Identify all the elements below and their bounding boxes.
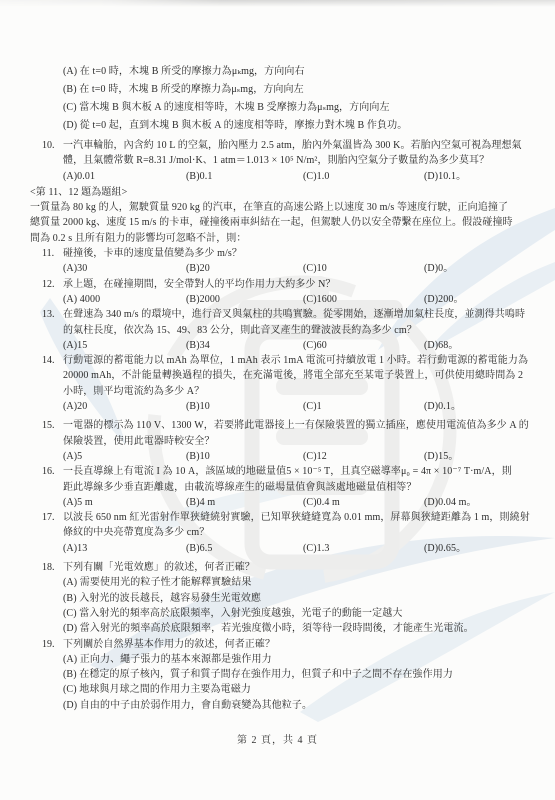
question-17-options: (A)13 (B)6.5 (C)1.3 (D)0.65。	[63, 541, 555, 556]
question-16-options: (A)5 m (B)4 m (C)0.4 m (D)0.04 m。	[63, 495, 555, 510]
option-d: (D)0.65。	[424, 541, 555, 556]
option-a: (A) 4000	[63, 292, 186, 307]
option-b: (B)20	[186, 261, 303, 276]
intro-line: 一質量為 80 kg 的人，駕駛質量 920 kg 的汽車，在筆直的高速公路上以…	[30, 200, 555, 215]
option-b: (B)4 m	[186, 495, 303, 510]
question-line: 體，且氣體常數 R=8.31 J/mol·K、1 atm＝1.013 × 10⁵…	[63, 153, 555, 168]
question-13: 13. 在聲速為 340 m/s 的環境中，進行音叉與氣柱的共鳴實驗。從零開始，…	[0, 307, 555, 353]
question-9-option-a: (A) 在 t=0 時，木塊 B 所受的摩擦力為μₖmg，方向向右	[63, 63, 555, 81]
intro-line: 總質量 2000 kg、速度 15 m/s 的卡車，碰撞後兩車糾結在一起，但駕駛…	[30, 215, 555, 230]
option-b: (B)10	[186, 449, 303, 464]
question-line: 承上題，在碰撞期間，安全帶對人的平均作用力大約多少 N？	[63, 277, 555, 292]
option-b: (B)6.5	[186, 541, 303, 556]
question-number: 12.	[42, 277, 55, 292]
question-9-option-b: (B) 在 t=0 時，木塊 B 所受的摩擦力為μₛmg，方向向左	[63, 81, 555, 99]
option-b: (B)0.1	[186, 169, 303, 184]
option-a: (A)15	[63, 338, 186, 353]
question-number: 18.	[42, 560, 55, 575]
question-number: 10.	[42, 138, 55, 153]
question-line: 條紋的中央亮帶寬度為多少 cm？	[63, 525, 555, 540]
question-line: 以波長 650 nm 紅光雷射作單狹縫繞射實驗，已知單狹縫縫寬為 0.01 mm…	[63, 510, 555, 525]
question-number: 19.	[42, 637, 55, 652]
question-10: 10. 一汽車輪胎，內含約 10 L 的空氣，胎內壓力 2.5 atm，胎內外氣…	[0, 138, 555, 184]
option-a: (A)30	[63, 261, 186, 276]
question-12: 12. 承上題，在碰撞期間，安全帶對人的平均作用力大約多少 N？ (A) 400…	[0, 277, 555, 308]
question-13-options: (A)15 (B)34 (C)60 (D)68。	[63, 338, 555, 353]
question-line: 在聲速為 340 m/s 的環境中，進行音叉與氣柱的共鳴實驗。從零開始，逐漸增加…	[63, 307, 555, 322]
question-11-options: (A)30 (B)20 (C)10 (D)0。	[63, 261, 555, 276]
question-14-options: (A)20 (B)10 (C)1 (D)0.1。	[63, 399, 555, 414]
question-line: 保險裝置，使用此電器時較安全？	[63, 434, 555, 449]
option-c: (C)12	[303, 449, 424, 464]
question-9-option-d: (D) 從 t=0 起，直到木塊 B 與木板 A 的速度相等時，摩擦力對木塊 B…	[63, 117, 555, 135]
option-b: (B)34	[186, 338, 303, 353]
question-line: 距此導線多少垂直距離處，由載流導線產生的磁場量值會與該處地磁量值相等？	[63, 480, 555, 495]
option-d: (D)0。	[424, 261, 555, 276]
question-number: 11.	[42, 246, 54, 261]
question-18: 18. 下列有關「光電效應」的敘述，何者正確？ (A) 需要使用光的粒子性才能解…	[0, 560, 555, 636]
option-c: (C)10	[303, 261, 424, 276]
question-line: 的氣柱長度，依次為 15、49、83 公分，則此音叉產生的聲波波長約為多少 cm…	[63, 323, 555, 338]
option-b: (B)2000	[186, 292, 303, 307]
question-line: 小時，則平均電流約為多少 A？	[63, 384, 555, 399]
question-10-options: (A)0.01 (B)0.1 (C)1.0 (D)10.1。	[63, 169, 555, 184]
option-a: (A)20	[63, 399, 186, 414]
question-17: 17. 以波長 650 nm 紅光雷射作單狹縫繞射實驗，已知單狹縫縫寬為 0.0…	[0, 510, 555, 556]
question-11: 11. 碰撞後，卡車的速度量值變為多少 m/s？ (A)30 (B)20 (C)…	[0, 246, 555, 277]
question-stem: 下列有關「光電效應」的敘述，何者正確？	[63, 560, 555, 575]
question-14: 14. 行動電源的蓄電能力以 mAh 為單位，1 mAh 表示 1mA 電流可持…	[0, 353, 555, 414]
question-16: 16. 一長直導線上有電流 I 為 10 A，該區域的地磁量值5 × 10⁻⁵ …	[0, 464, 555, 510]
question-stem: 下列關於自然界基本作用力的敘述，何者正確？	[63, 637, 555, 652]
question-18-option-d: (D) 當入射光的頻率高於底限頻率，若光強度微小時，須等待一段時間後，才能產生光…	[63, 621, 555, 636]
question-18-option-a: (A) 需要使用光的粒子性才能解釋實驗結果	[63, 575, 555, 590]
option-d: (D)68。	[424, 338, 555, 353]
question-19-option-b: (B) 在穩定的原子核內，質子和質子間存在強作用力，但質子和中子之間不存在強作用…	[63, 667, 555, 682]
question-12-options: (A) 4000 (B)2000 (C)1600 (D)200。	[63, 292, 555, 307]
option-c: (C)1	[303, 399, 424, 414]
option-b: (B)10	[186, 399, 303, 414]
question-group-header: <第 11、12 題為題組>	[30, 185, 555, 200]
question-19: 19. 下列關於自然界基本作用力的敘述，何者正確？ (A) 正向力、繩子張力的基…	[0, 637, 555, 713]
question-18-option-b: (B) 入射光的波長越長，越容易發生光電效應	[63, 591, 555, 606]
question-number: 13.	[42, 307, 55, 322]
option-c: (C)0.4 m	[303, 495, 424, 510]
question-19-option-a: (A) 正向力、繩子張力的基本來源都是強作用力	[63, 652, 555, 667]
question-9-options: (A) 在 t=0 時，木塊 B 所受的摩擦力為μₖmg，方向向右 (B) 在 …	[0, 63, 555, 135]
question-18-option-c: (C) 當入射光的頻率高於底限頻率，入射光強度越強，光電子的動能一定越大	[63, 606, 555, 621]
intro-line: 間為 0.2 s 且所有阻力的影響均可忽略不計，則：	[30, 231, 555, 246]
option-a: (A)5 m	[63, 495, 186, 510]
question-number: 14.	[42, 353, 55, 368]
option-c: (C)1.0	[303, 169, 424, 184]
question-15: 15. 一電器的標示為 110 V、1300 W，若要將此電器接上一有保險裝置的…	[0, 418, 555, 464]
exam-content: (A) 在 t=0 時，木塊 B 所受的摩擦力為μₖmg，方向向右 (B) 在 …	[0, 63, 555, 713]
option-d: (D)10.1。	[424, 169, 555, 184]
question-line: 碰撞後，卡車的速度量值變為多少 m/s？	[63, 246, 555, 261]
option-d: (D)200。	[424, 292, 555, 307]
option-d: (D)0.1。	[424, 399, 555, 414]
question-19-option-d: (D) 自由的中子由於弱作用力，會自動衰變為其他粒子。	[63, 698, 555, 713]
question-number: 15.	[42, 418, 55, 433]
question-number: 16.	[42, 464, 55, 479]
question-number: 17.	[42, 510, 55, 525]
option-c: (C)1600	[303, 292, 424, 307]
scan-edge-artifact	[0, 0, 555, 7]
question-line: 20000 mAh，不計能量轉換過程的損失，在充滿電後，將電全部充至某電子裝置上…	[63, 368, 555, 383]
question-line: 行動電源的蓄電能力以 mAh 為單位，1 mAh 表示 1mA 電流可持續放電 …	[63, 353, 555, 368]
question-line: 一長直導線上有電流 I 為 10 A，該區域的地磁量值5 × 10⁻⁵ T，且真…	[63, 464, 555, 479]
question-15-options: (A)5 (B)10 (C)12 (D)15。	[63, 449, 555, 464]
option-a: (A)0.01	[63, 169, 186, 184]
question-19-option-c: (C) 地球與月球之間的作用力主要為電磁力	[63, 682, 555, 697]
option-c: (C)60	[303, 338, 424, 353]
option-d: (D)0.04 m。	[424, 495, 555, 510]
option-a: (A)13	[63, 541, 186, 556]
question-line: 一汽車輪胎，內含約 10 L 的空氣，胎內壓力 2.5 atm，胎內外氣溫皆為 …	[63, 138, 555, 153]
option-d: (D)15。	[424, 449, 555, 464]
option-a: (A)5	[63, 449, 186, 464]
question-line: 一電器的標示為 110 V、1300 W，若要將此電器接上一有保險裝置的獨立插座…	[63, 418, 555, 433]
option-c: (C)1.3	[303, 541, 424, 556]
question-group-intro: 一質量為 80 kg 的人，駕駛質量 920 kg 的汽車，在筆直的高速公路上以…	[0, 200, 555, 246]
question-9-option-c: (C) 當木塊 B 與木板 A 的速度相等時，木塊 B 受摩擦力為μₛmg，方向…	[63, 99, 555, 117]
page-footer: 第 2 頁，共 4 頁	[0, 731, 555, 746]
